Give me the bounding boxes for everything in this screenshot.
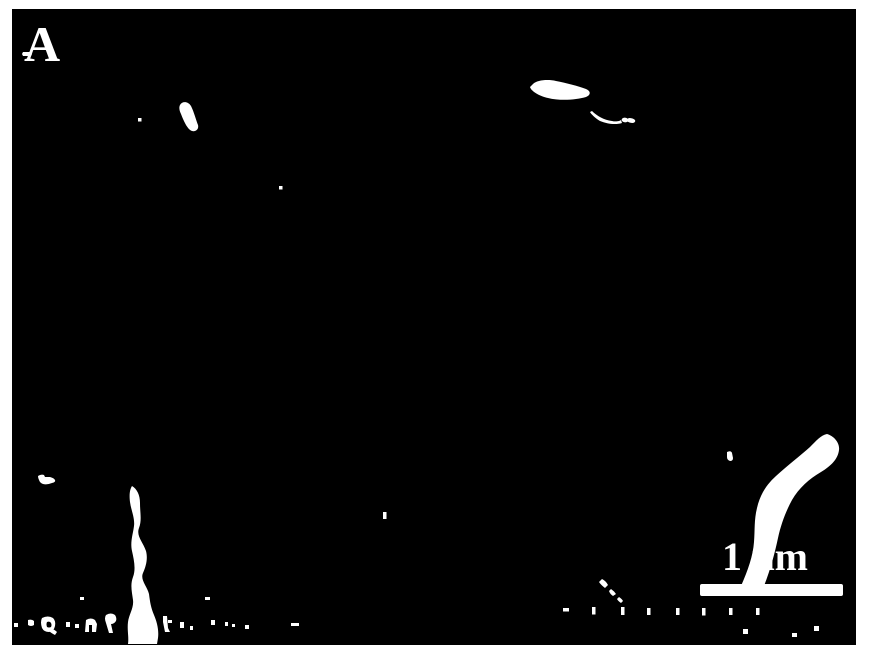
tick-row-7 — [729, 608, 733, 615]
bottom-speck-7 — [211, 620, 215, 625]
noise-dot-upper-left — [138, 118, 142, 122]
noise-dot-mid — [279, 186, 283, 190]
micrograph-canvas: A 1 μm — [0, 0, 870, 659]
tick-row-5 — [676, 608, 680, 615]
bottom-right-speck-3 — [814, 626, 819, 631]
bottom-speck-5 — [180, 622, 184, 628]
bottom-dash-11 — [291, 623, 299, 626]
bottom-speck-6 — [190, 626, 193, 630]
bottom-speck-2 — [28, 620, 34, 626]
bottom-speck-8 — [225, 622, 228, 626]
tick-row-2 — [592, 607, 596, 615]
bottom-top-speck-2 — [205, 597, 210, 600]
speck-vertical-mid — [383, 512, 387, 519]
sem-micrograph-figure: A 1 μm — [0, 0, 870, 659]
bottom-glyph-t-bar — [168, 620, 172, 623]
tick-row-4 — [647, 608, 651, 615]
tick-row-6 — [702, 608, 706, 616]
bottom-right-speck-1 — [743, 629, 748, 634]
scale-bar-label: 1 μm — [722, 534, 808, 579]
bottom-right-speck-2 — [792, 633, 797, 637]
tick-row-1 — [563, 608, 569, 612]
bottom-top-speck-1 — [80, 597, 84, 600]
panel-label: A — [24, 16, 60, 72]
bottom-speck-9 — [232, 624, 235, 627]
bottom-speck-1 — [14, 623, 18, 627]
bottom-speck-10 — [245, 625, 249, 629]
bottom-speck-4 — [75, 624, 79, 628]
scale-bar — [700, 584, 843, 596]
tick-row-8 — [756, 608, 760, 615]
tick-row-3 — [621, 607, 625, 615]
bottom-speck-3 — [66, 622, 70, 627]
